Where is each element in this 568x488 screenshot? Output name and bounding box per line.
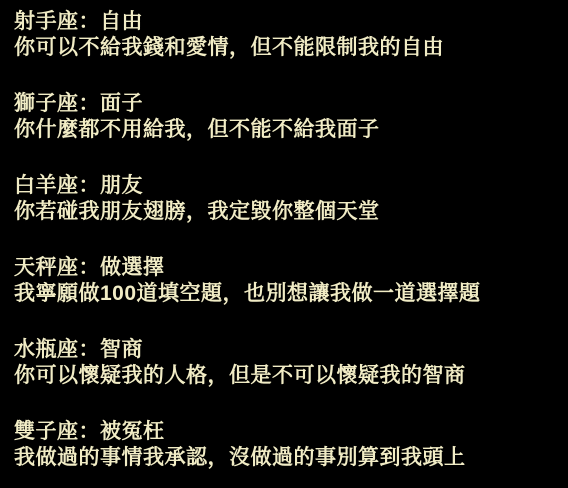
zodiac-entry: 天秤座：做選擇 我寧願做100道填空題，也別想讓我做一道選擇題 (14, 255, 558, 307)
zodiac-quote: 我做過的事情我承認，沒做過的事別算到我頭上 (14, 445, 558, 471)
zodiac-quote: 我寧願做100道填空題，也別想讓我做一道選擇題 (14, 281, 558, 307)
zodiac-sign-title: 水瓶座：智商 (14, 337, 558, 363)
zodiac-quote: 你若碰我朋友翅膀，我定毀你整個天堂 (14, 199, 558, 225)
zodiac-quote: 你可以懷疑我的人格，但是不可以懷疑我的智商 (14, 363, 558, 389)
zodiac-sign-title: 白羊座：朋友 (14, 173, 558, 199)
zodiac-entry: 水瓶座：智商 你可以懷疑我的人格，但是不可以懷疑我的智商 (14, 337, 558, 389)
zodiac-quote: 你什麼都不用給我，但不能不給我面子 (14, 117, 558, 143)
zodiac-entry: 白羊座：朋友 你若碰我朋友翅膀，我定毀你整個天堂 (14, 173, 558, 225)
zodiac-entry: 射手座：自由 你可以不給我錢和愛情，但不能限制我的自由 (14, 9, 558, 61)
zodiac-sign-title: 獅子座：面子 (14, 91, 558, 117)
zodiac-sign-title: 雙子座：被冤枉 (14, 419, 558, 445)
zodiac-sign-title: 天秤座：做選擇 (14, 255, 558, 281)
zodiac-quote: 你可以不給我錢和愛情，但不能限制我的自由 (14, 35, 558, 61)
zodiac-entry: 雙子座：被冤枉 我做過的事情我承認，沒做過的事別算到我頭上 (14, 419, 558, 471)
zodiac-sign-title: 射手座：自由 (14, 9, 558, 35)
zodiac-entry: 獅子座：面子 你什麼都不用給我，但不能不給我面子 (14, 91, 558, 143)
quotes-page: 射手座：自由 你可以不給我錢和愛情，但不能限制我的自由 獅子座：面子 你什麼都不… (0, 0, 568, 488)
